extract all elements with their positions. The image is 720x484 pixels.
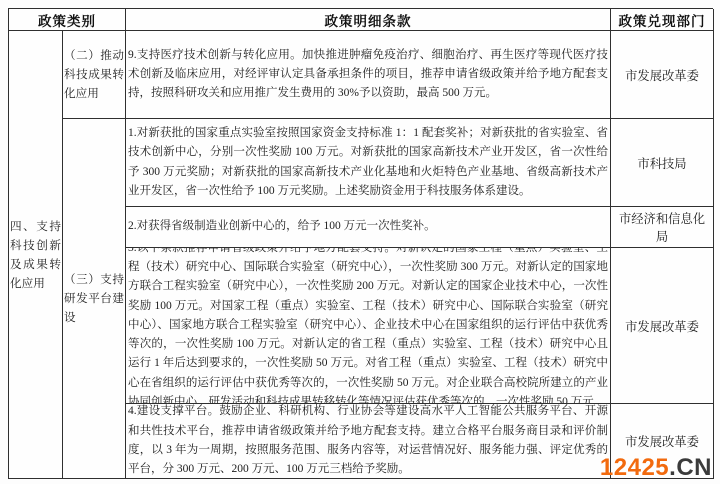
department-cell: 市发展改革委 [611, 31, 714, 119]
clause-text: 1.对新获批的国家重点实验室按照国家资金支持标准 1：1 配套奖补；对新获批的省… [128, 124, 608, 201]
category-main-cell: 四、支持科技创新及成果转化应用 [9, 31, 63, 479]
category-main-label: 四、支持科技创新及成果转化应用 [10, 217, 61, 293]
table-row-clause-2: 2.对获得省级制造业创新中心的，给予 100 万元一次性奖补。 [126, 207, 611, 248]
header-policy-clause: 政策明细条款 [126, 9, 611, 31]
clause-text: 2.对获得省级制造业创新中心的，给予 100 万元一次性奖补。 [128, 217, 608, 236]
table-row-clause-3: 3.以下条款推荐申请省级政策并给予地方配套支持。对新认定的国家工程（重点）实验室… [126, 248, 611, 404]
watermark-12425cn: 12425.CN [600, 455, 712, 481]
subcategory-support-platform-label: （三）支持研发平台建设 [64, 270, 124, 327]
watermark-domain-suffix: .CN [669, 454, 712, 481]
department-cell: 市科技局 [611, 119, 714, 207]
watermark-number: 12425 [600, 454, 669, 481]
header-policy-category: 政策类别 [9, 9, 126, 31]
clause-text: 3.以下条款推荐申请省级政策并给予地方配套支持。对新认定的国家工程（重点）实验室… [128, 248, 608, 404]
subcategory-promote-transfer-cell: （二）推动科技成果转化应用 [63, 31, 126, 119]
clause-text: 4.建设支撑平台。鼓励企业、科研机构、行业协会等建设高水平人工智能公共服务平台、… [128, 404, 608, 479]
subcategory-support-platform-cell: （三）支持研发平台建设 [63, 119, 126, 479]
policy-table: 政策类别 政策明细条款 政策兑现部门 四、支持科技创新及成果转化应用 （二）推动… [8, 8, 713, 479]
table-row-clause-9: 9.支持医疗技术创新与转化应用。加快推进肿瘤免疫治疗、细胞治疗、再生医疗等现代医… [126, 31, 611, 119]
subcategory-promote-transfer-label: （二）推动科技成果转化应用 [64, 46, 124, 103]
table-row-clause-4: 4.建设支撑平台。鼓励企业、科研机构、行业协会等建设高水平人工智能公共服务平台、… [126, 404, 611, 479]
clause-text: 9.支持医疗技术创新与转化应用。加快推进肿瘤免疫治疗、细胞治疗、再生医疗等现代医… [128, 46, 608, 104]
table-row-clause-1: 1.对新获批的国家重点实验室按照国家资金支持标准 1：1 配套奖补；对新获批的省… [126, 119, 611, 207]
department-cell: 市发展改革委 [611, 248, 714, 404]
header-policy-department: 政策兑现部门 [611, 9, 714, 31]
department-cell: 市经济和信息化局 [611, 207, 714, 248]
